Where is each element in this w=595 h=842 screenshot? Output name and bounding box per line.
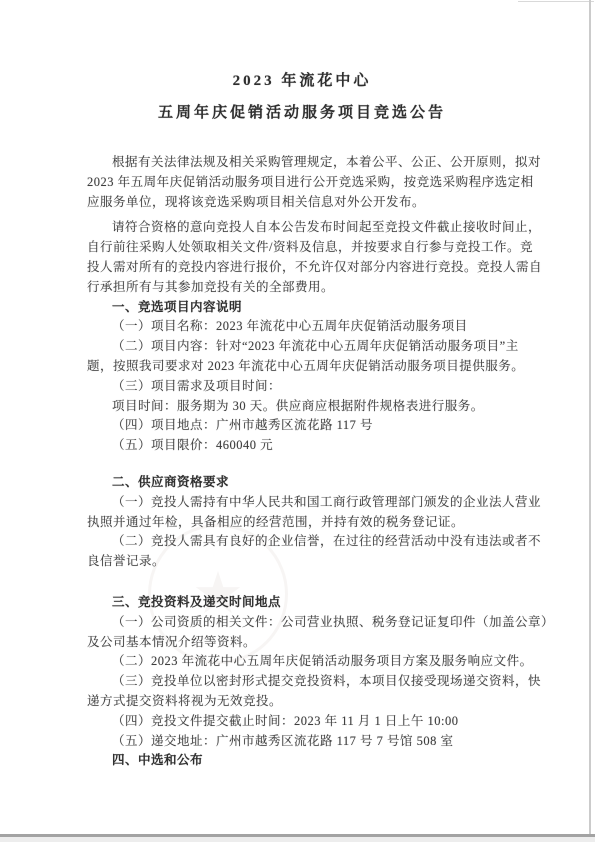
list-line: 递方式提交资料将视为无效竞投。 [87,692,517,712]
document-body: 2023 年流花中心 五周年庆促销活动服务项目竞选公告 根据有关法律法规及相关采… [87,72,517,771]
section-heading-3: 三、竞投资料及递交时间地点 [87,593,517,613]
list-line: （二）竞投人需具有良好的企业信誉，在过往的经营活动中没有违法或者不 [87,532,517,552]
paragraph-line: 2023 年五周年庆促销活动服务项目进行公开竞选采购，按竞选采购程序选定相 [87,173,517,193]
list-line: 及公司基本情况介绍等资料。 [87,633,517,653]
list-line: （三）竞投单位以密封形式提交竞投资料，本项目仅接受现场递交资料，快 [87,672,517,692]
list-line: 项目时间：服务期为 30 天。供应商应根据附件规格表进行服务。 [87,397,517,417]
paragraph-line: 应服务单位，现将该竞选采购项目相关信息对外公开发布。 [87,193,517,213]
list-line: （二）2023 年流花中心五周年庆促销活动服务项目方案及服务响应文件。 [87,652,517,672]
list-line: （五）递交地址：广州市越秀区流花路 117 号 7 号馆 508 室 [87,732,517,752]
document-title-line-1: 2023 年流花中心 [87,72,517,90]
list-line: （三）项目需求及项目时间： [87,377,517,397]
list-line: （五）项目限价：460040 元 [87,436,517,456]
section-heading-2: 二、供应商资格要求 [87,473,517,493]
list-line: 执照并通过年检，具备相应的经营范围，并持有效的税务登记证。 [87,513,517,533]
paragraph-line: 投人需对所有的竞投内容进行报价，不允许仅对部分内容进行竞投。竞投人需自 [87,258,517,278]
page-edge-right [589,0,591,836]
paragraph-line: 行承担所有与其参加竞投有关的全部费用。 [87,278,517,298]
document-title-line-2: 五周年庆促销活动服务项目竞选公告 [87,104,517,122]
list-line: （一）公司资质的相关文件：公司营业执照、税务登记证复印件（加盖公章） [87,613,517,633]
list-line: （四）竞投文件提交截止时间：2023 年 11 月 1 日上午 10:00 [87,712,517,732]
section-heading-4: 四、中选和公布 [87,751,517,771]
paragraph-line: 自行前往采购人处领取相关文件/资料及信息，并按要求自行参与竞投工作。竞 [87,238,517,258]
list-line: （一）竞投人需持有中华人民共和国工商行政管理部门颁发的企业法人营业 [87,493,517,513]
list-line: 题，按照我司要求对 2023 年流花中心五周年庆促销活动服务项目提供服务。 [87,357,517,377]
list-line: （四）项目地点：广州市越秀区流花路 117 号 [87,416,517,436]
list-line: （二）项目内容：针对“2023 年流花中心五周年庆促销活动服务项目”主 [87,337,517,357]
list-line: （一）项目名称：2023 年流花中心五周年庆促销活动服务项目 [87,317,517,337]
page-edge-below [0,837,595,842]
paragraph-line: 请符合资格的意向竞投人自本公告发布时间起至竞投文件截止接收时间止， [87,218,517,238]
page-edge-top [518,1,594,2]
list-line: 良信誉记录。 [87,552,517,572]
scanned-document-page: ★ 2023 年流花中心 五周年庆促销活动服务项目竞选公告 根据有关法律法规及相… [0,0,595,842]
section-heading-1: 一、竞选项目内容说明 [87,298,517,318]
paragraph-line: 根据有关法律法规及相关采购管理规定，本着公平、公正、公开原则，拟对 [87,153,517,173]
